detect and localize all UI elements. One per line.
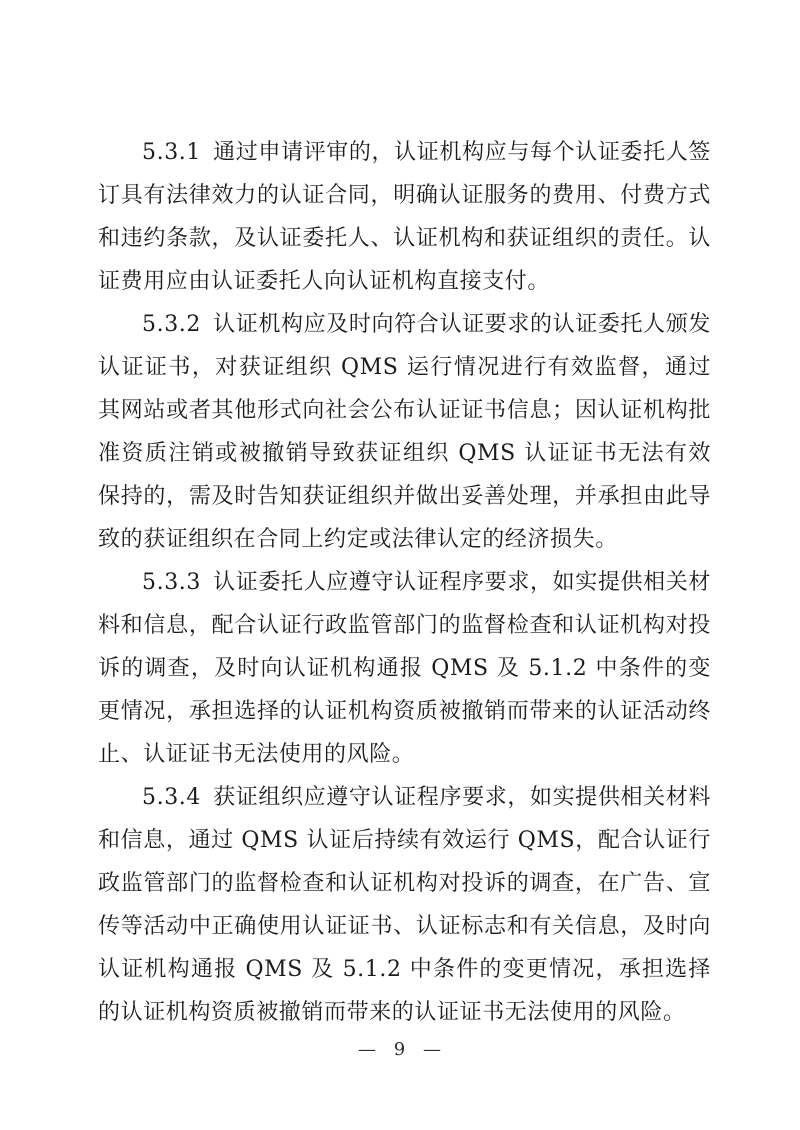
section-number: 5.3.3 xyxy=(142,570,201,595)
paragraph-5-3-2: 5.3.2认证机构应及时向符合认证要求的认证委托人颁发认证证书，对获证组织 QM… xyxy=(98,303,711,561)
paragraph-5-3-4: 5.3.4获证组织应遵守认证程序要求，如实提供相关材料和信息，通过 QMS 认证… xyxy=(98,776,711,1034)
paragraph-text: 认证机构应及时向符合认证要求的认证委托人颁发认证证书，对获证组织 QMS 运行情… xyxy=(98,312,711,552)
paragraph-5-3-3: 5.3.3认证委托人应遵守认证程序要求，如实提供相关材料和信息，配合认证行政监管… xyxy=(98,561,711,776)
page-number: — 9 — xyxy=(358,1039,442,1060)
paragraph-text: 认证委托人应遵守认证程序要求，如实提供相关材料和信息，配合认证行政监管部门的监督… xyxy=(98,570,711,767)
document-body: 5.3.1通过申请评审的，认证机构应与每个认证委托人签订具有法律效力的认证合同，… xyxy=(98,131,711,1034)
section-number: 5.3.4 xyxy=(142,785,201,810)
paragraph-text: 获证组织应遵守认证程序要求，如实提供相关材料和信息，通过 QMS 认证后持续有效… xyxy=(98,785,711,1025)
section-number: 5.3.2 xyxy=(142,312,201,337)
section-number: 5.3.1 xyxy=(142,140,201,165)
document-page: 5.3.1通过申请评审的，认证机构应与每个认证委托人签订具有法律效力的认证合同，… xyxy=(0,0,800,1130)
page-number-footer: — 9 — xyxy=(0,1036,800,1064)
paragraph-5-3-1: 5.3.1通过申请评审的，认证机构应与每个认证委托人签订具有法律效力的认证合同，… xyxy=(98,131,711,303)
